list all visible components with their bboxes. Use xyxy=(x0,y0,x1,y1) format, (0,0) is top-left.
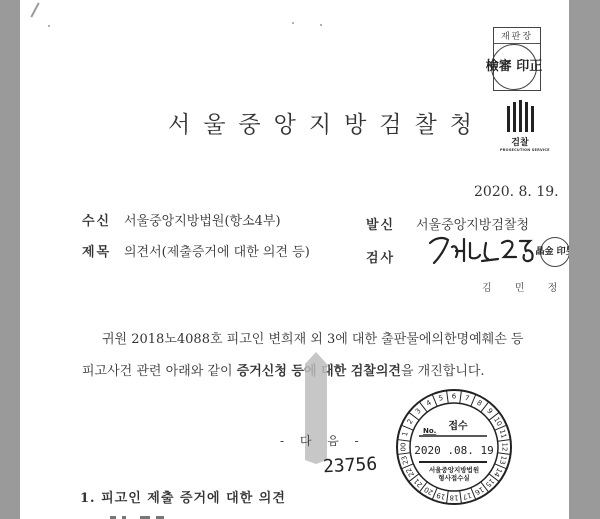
svg-text:6: 6 xyxy=(452,393,457,401)
svg-text:No.: No. xyxy=(423,427,436,435)
scan-mark xyxy=(30,2,39,17)
prosecution-logo: 검찰 PROSECUTION SERVICE xyxy=(500,100,540,152)
document-number: 23756 xyxy=(322,454,377,478)
svg-text:2020 .08. 19: 2020 .08. 19 xyxy=(414,444,493,457)
logo-subtitle: PROSECUTION SERVICE xyxy=(500,148,540,152)
receipt-stamp: 123456789101112131415161718192021222300 … xyxy=(395,388,513,506)
svg-text:19: 19 xyxy=(436,491,447,501)
svg-text:서울중앙지방법원: 서울중앙지방법원 xyxy=(429,465,479,474)
svg-text:1: 1 xyxy=(401,431,410,437)
svg-text:9: 9 xyxy=(485,407,494,416)
body-line-1: 귀원 2018노4088호 피고인 변희재 외 3에 대한 출판물에의한명예훼손… xyxy=(102,328,523,347)
prosecutor-name: 김 민 정 xyxy=(482,279,567,294)
prosecutor-label: 검사 xyxy=(366,247,395,266)
organization-title: 서울중앙지방검찰청 xyxy=(168,106,485,139)
svg-text:4: 4 xyxy=(425,398,433,407)
svg-text:8: 8 xyxy=(475,399,483,408)
svg-text:3: 3 xyxy=(414,407,423,416)
section-1-heading: 1. 피고인 제출 증거에 대한 의견 xyxy=(80,487,286,506)
svg-text:5: 5 xyxy=(438,394,444,403)
scan-speck xyxy=(292,22,294,24)
scan-speck xyxy=(48,25,50,27)
svg-text:12: 12 xyxy=(501,443,509,452)
scan-speck xyxy=(320,24,322,26)
prosecution-bars-icon xyxy=(500,100,540,132)
svg-text:17: 17 xyxy=(462,491,473,501)
presiding-judge-stamp: 재판장 檢審 印正 xyxy=(493,27,541,91)
next-heading: - 다 음 - xyxy=(280,432,365,449)
svg-text:23: 23 xyxy=(400,455,410,466)
judge-seal-icon: 檢審 印正 xyxy=(491,44,537,90)
subject-label: 제목 xyxy=(82,241,111,260)
sender-label: 발신 xyxy=(366,214,395,233)
cropped-text-line xyxy=(110,512,190,519)
subject-value: 의견서(제출증거에 대한 의견 등) xyxy=(124,241,310,260)
svg-text:00: 00 xyxy=(400,443,408,452)
svg-text:13: 13 xyxy=(498,455,508,466)
svg-text:7: 7 xyxy=(464,394,470,403)
svg-text:접수: 접수 xyxy=(448,419,468,432)
logo-name: 검찰 xyxy=(500,135,540,148)
prosecutor-signature-icon xyxy=(426,229,546,269)
recipient-label: 수신 xyxy=(82,210,111,229)
recipient-value: 서울중앙지방법원(항소4부) xyxy=(124,210,281,229)
body-line-2: 피고사건 관련 아래와 같이 증거신청 등에 대한 검찰의견을 개진합니다. xyxy=(82,360,485,379)
svg-text:2: 2 xyxy=(406,418,415,426)
document-page: 서울중앙지방검찰청 재판장 檢審 印正 검찰 PROSECUTION SERVI… xyxy=(20,0,569,519)
body-line-2-suffix: 을 개진합니다. xyxy=(401,364,485,379)
svg-text:18: 18 xyxy=(450,494,459,502)
document-date: 2020. 8. 19. xyxy=(474,184,559,200)
stamp-label: 재판장 xyxy=(494,29,540,44)
svg-text:형사접수실: 형사접수실 xyxy=(438,473,469,482)
receipt-stamp-ring-icon: 123456789101112131415161718192021222300 … xyxy=(395,388,513,506)
prosecutor-seal-icon: 晶金 印旻 xyxy=(540,237,569,267)
body-line-2-prefix: 피고사건 관련 아래와 같이 xyxy=(82,364,237,379)
svg-text:11: 11 xyxy=(498,429,508,440)
